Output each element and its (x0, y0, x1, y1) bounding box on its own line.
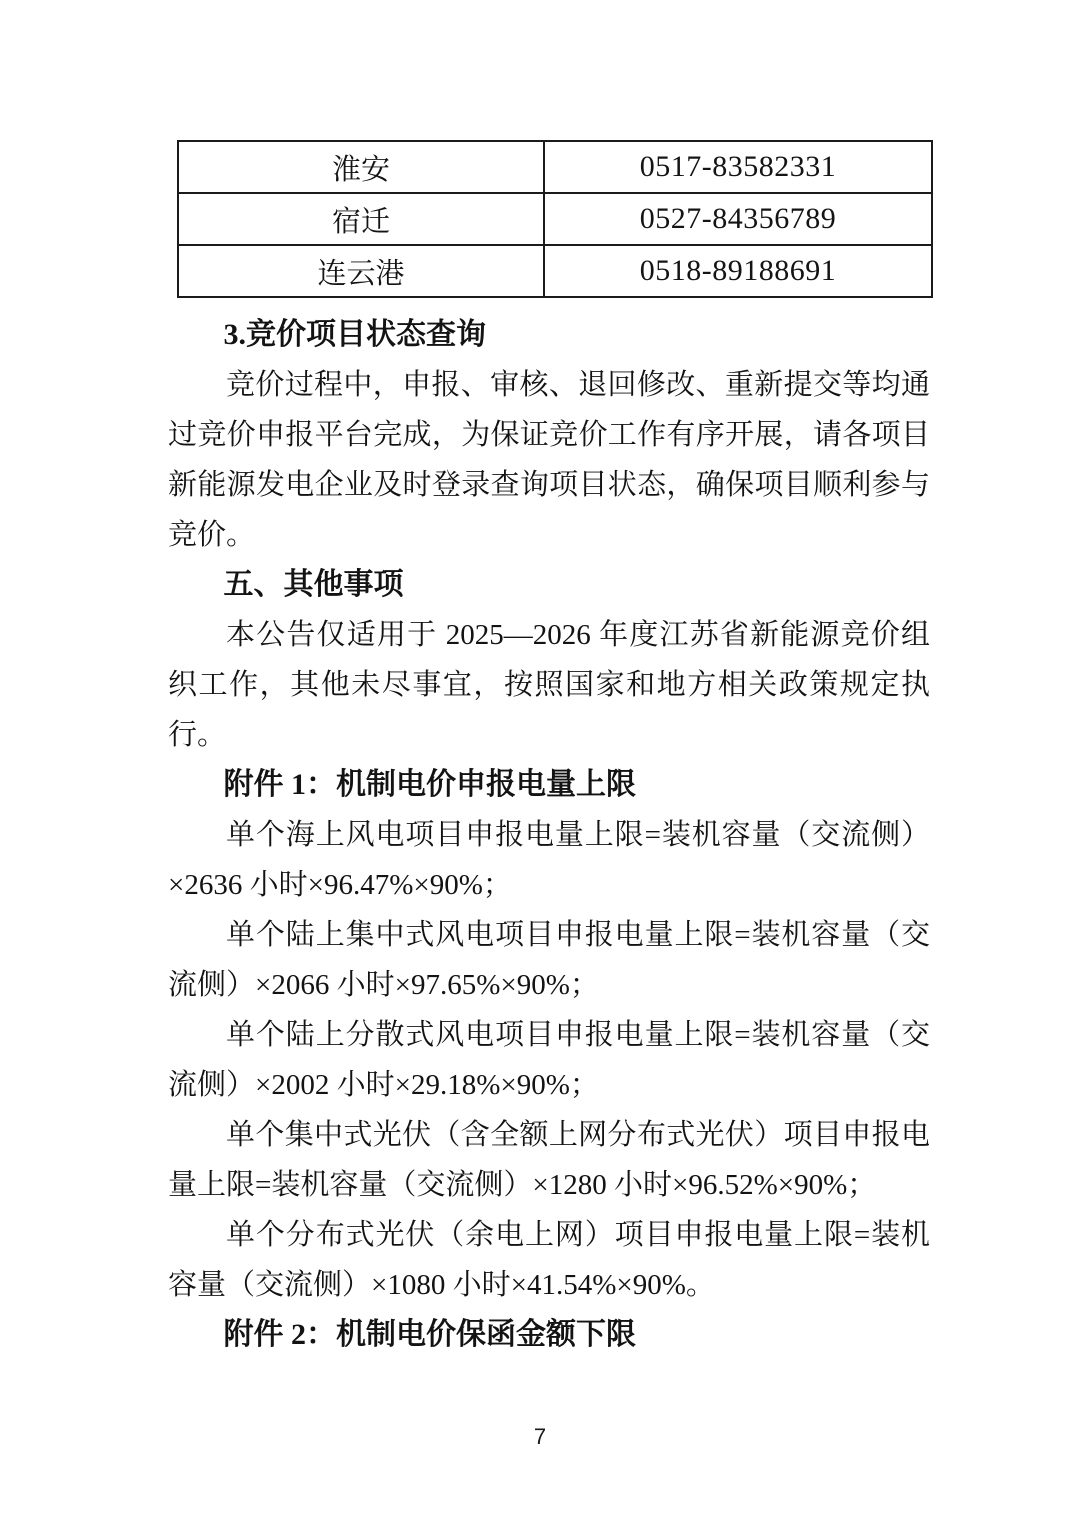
attachment1-item-distributed-pv: 单个分布式光伏（余电上网）项目申报电量上限=装机容量（交流侧）×1080 小时×… (168, 1210, 930, 1310)
section-heading-other-matters: 五、其他事项 (168, 560, 930, 610)
table-row: 宿迁 0527-84356789 (178, 193, 932, 245)
table-row: 连云港 0518-89188691 (178, 245, 932, 297)
paragraph-other-matters: 本公告仅适用于 2025—2026 年度江苏省新能源竞价组织工作，其他未尽事宜，… (168, 610, 930, 760)
table-row: 淮安 0517-83582331 (178, 141, 932, 193)
phone-cell: 0518-89188691 (544, 245, 932, 297)
attachment2-heading: 附件 2：机制电价保函金额下限 (168, 1310, 930, 1360)
document-body: 3.竞价项目状态查询 竞价过程中，申报、审核、退回修改、重新提交等均通过竞价申报… (168, 310, 930, 1360)
attachment1-item-onshore-central: 单个陆上集中式风电项目申报电量上限=装机容量（交流侧）×2066 小时×97.6… (168, 910, 930, 1010)
page-number: 7 (0, 1424, 1080, 1450)
city-cell: 连云港 (178, 245, 544, 297)
attachment1-item-onshore-dispersed: 单个陆上分散式风电项目申报电量上限=装机容量（交流侧）×2002 小时×29.1… (168, 1010, 930, 1110)
paragraph-status-query: 竞价过程中，申报、审核、退回修改、重新提交等均通过竞价申报平台完成，为保证竞价工… (168, 360, 930, 560)
section-heading-status-query: 3.竞价项目状态查询 (168, 310, 930, 360)
attachment1-heading: 附件 1：机制电价申报电量上限 (168, 760, 930, 810)
city-cell: 淮安 (178, 141, 544, 193)
contact-table: 淮安 0517-83582331 宿迁 0527-84356789 连云港 05… (177, 140, 933, 298)
document-page: 淮安 0517-83582331 宿迁 0527-84356789 连云港 05… (0, 0, 1080, 1528)
phone-cell: 0527-84356789 (544, 193, 932, 245)
city-cell: 宿迁 (178, 193, 544, 245)
phone-cell: 0517-83582331 (544, 141, 932, 193)
attachment1-item-central-pv: 单个集中式光伏（含全额上网分布式光伏）项目申报电量上限=装机容量（交流侧）×12… (168, 1110, 930, 1210)
attachment1-item-offshore-wind: 单个海上风电项目申报电量上限=装机容量（交流侧）×2636 小时×96.47%×… (168, 810, 930, 910)
